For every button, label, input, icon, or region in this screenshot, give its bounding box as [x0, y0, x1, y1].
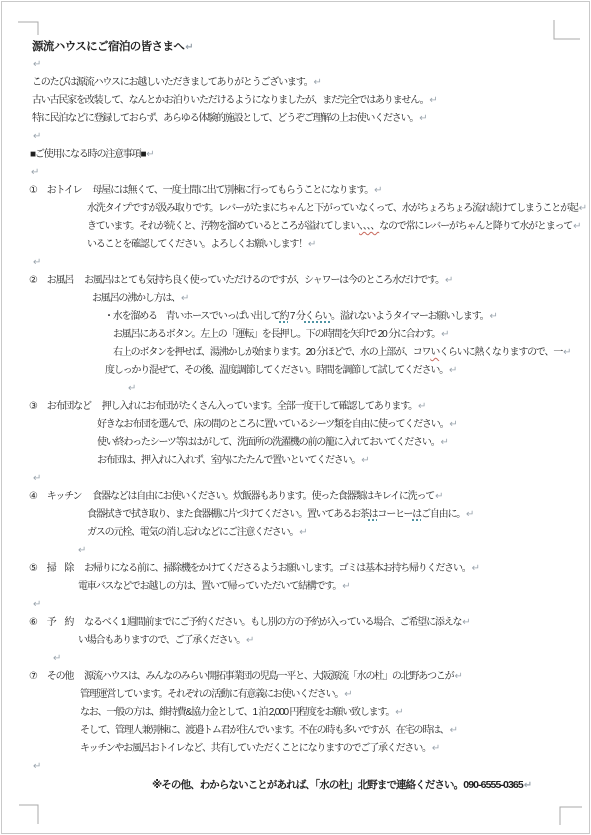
- document-line: いることを確認してください。よろしくお願いします！↵: [87, 236, 315, 254]
- text-run: お布団は、押入れに入れず、室内にたたんで置いといてください。: [97, 455, 360, 466]
- paragraph-mark-icon: ↵: [563, 347, 570, 358]
- document-line: 食器拭きで拭き取り、また食器棚に片づけてください。置いてあるお茶はコーヒーはご自…: [87, 506, 473, 524]
- text-run: なるべく 1 週間前までにご予約ください。もし別の方の予約が入っている場合、ご希…: [84, 617, 461, 628]
- text-run: 右上のボタンを押せば、湯沸かしが始まります。20 分ほどで、水の上部が、コワ: [113, 347, 430, 358]
- text-run: 源流ハウスは、みんなのみらい開拓事業団の児島一平と、大阪源流「水の杜」の北野あつ…: [84, 671, 453, 682]
- paragraph-mark-icon: ↵: [314, 77, 321, 88]
- paragraph-mark-icon: ↵: [418, 401, 425, 412]
- paragraph-mark-icon: ↵: [128, 383, 135, 394]
- text-run: 源流ハウスにご宿泊の皆さまへ: [32, 41, 184, 53]
- text-run: きています。それが続くと、汚物を溜めているところが溢れてしまい: [87, 221, 359, 232]
- text-run: ※その他、わからないことがあれば、「水の杜」北野まで連絡ください。: [152, 779, 463, 791]
- document-line: 水洗タイプですが汲み取りです。レバーがたまにちゃんと下がっていなくって、水がちょ…: [87, 200, 586, 218]
- section-bath: ②お風呂お風呂はとても気持ち良く使っていただけるのですが、シャワーは今のところ水…: [29, 272, 452, 290]
- footer-contact: ※その他、わからないことがあれば、「水の杜」北野まで連絡ください。090-655…: [152, 776, 531, 794]
- document-line: このたびは源流ハウスにお越しいただきましてありがとうございます。↵: [32, 74, 321, 92]
- text-run: 度しっかり混ぜて、その後、温度調節してください。時間を調節して試してください。: [105, 365, 448, 376]
- text-run: お風呂はとても気持ち良く使っていただけるのですが、シャワーは今のところ水だけです…: [84, 275, 444, 286]
- document-line: きています。それが続くと、汚物を溜めているところが溢れてしまい、、、、なので常に…: [87, 218, 580, 236]
- text-run: 電車バスなどでお越しの方は、置いて帰っていただいて結構です。: [78, 581, 341, 592]
- document-line: 好きなお布団を選んで、床の間のところに置いているシーツ類を自由に使ってください。…: [97, 416, 457, 434]
- text-run: お帰りになる前に、掃除機をかけてくださるようお願いします。ゴミは基本お持ち帰りく…: [84, 563, 470, 574]
- document-line: 右上のボタンを押せば、湯沸かしが始まります。20 分ほどで、水の上部が、コワいく…: [113, 344, 570, 362]
- grammar-flagged-text: は: [412, 509, 421, 520]
- paragraph-mark-icon: ↵: [181, 293, 188, 304]
- document-line: お布団は、押入れに入れず、室内にたたんで置いといてください。↵: [97, 452, 368, 470]
- paragraph-mark-icon: ↵: [429, 95, 436, 106]
- text-run: 食器拭きで拭き取り、また食器棚に片づけてください。置いてあるお茶: [87, 509, 369, 520]
- text-run: ・水を溜める 青いホースでいっぱい出して: [104, 311, 280, 322]
- paragraph-mark-icon: ↵: [579, 203, 586, 214]
- document-lines: 源流ハウスにご宿泊の皆さまへ↵↵このたびは源流ハウスにお越しいただきましてありが…: [2, 2, 590, 834]
- empty-line: ↵: [32, 596, 40, 614]
- text-run: 押し入れにお布団がたくさん入っています。全部一度干して確認してあります。: [102, 401, 417, 412]
- paragraph-mark-icon: ↵: [432, 743, 439, 754]
- paragraph-mark-icon: ↵: [185, 42, 193, 53]
- spellcheck-flagged-text: い: [430, 347, 439, 358]
- section-other: ⑦その他源流ハウスは、みんなのみらい開拓事業団の児島一平と、大阪源流「水の杜」の…: [29, 668, 462, 686]
- section-number: ⑤: [29, 563, 37, 574]
- paragraph-mark-icon: ↵: [344, 689, 351, 700]
- empty-line: ↵: [52, 650, 60, 668]
- paragraph-mark-icon: ↵: [449, 419, 456, 430]
- text-run: 管理運営しています。それぞれの活動に有意義にお使いください。: [80, 689, 343, 700]
- paragraph-mark-icon: ↵: [33, 131, 40, 142]
- document-window: { "page": { "background": "#ffffff", "bo…: [0, 0, 591, 835]
- document-page: 源流ハウスにご宿泊の皆さまへ↵↵このたびは源流ハウスにお越しいただきましてありが…: [1, 1, 590, 834]
- empty-line: ↵: [127, 380, 135, 398]
- paragraph-mark-icon: ↵: [33, 761, 40, 772]
- document-line: お風呂にあるボタン。左上の「運転」を長押し。下の時間を矢印で 20 分に合わす。…: [113, 326, 448, 344]
- text-run: 好きなお布団を選んで、床の間のところに置いているシーツ類を自由に使ってください。: [97, 419, 448, 430]
- section-heading: ■ご使用になる時の注意事項■↵: [30, 146, 153, 164]
- empty-line: ↵: [32, 758, 40, 776]
- section-futon: ③お布団など押し入れにお布団がたくさん入っています。全部一度干して確認してありま…: [29, 398, 425, 416]
- document-line: 使い終わったシーツ等ははがして、洗面所の洗濯機の前の籠に入れておいてください。↵: [97, 434, 448, 452]
- text-run: 母屋には無くて、一度土間に出て別棟に行ってもらうことになります。: [92, 185, 373, 196]
- paragraph-mark-icon: ↵: [441, 329, 448, 340]
- section-label: その他: [47, 671, 73, 682]
- text-run: 水洗タイプですが汲み取りです。レバーがたまにちゃんと下がっていなくって、水がちょ…: [87, 203, 578, 214]
- paragraph-mark-icon: ↵: [462, 617, 469, 628]
- grammar-flagged-text: 約: [280, 311, 289, 322]
- section-reservation: ⑥予 約なるべく 1 週間前までにご予約ください。もし別の方の予約が入っている場…: [29, 614, 469, 632]
- paragraph-mark-icon: ↵: [53, 653, 60, 664]
- text-run: お風呂にあるボタン。左上の「運転」を長押し。下の時間を矢印で 20 分に合わす。: [113, 329, 440, 340]
- section-number: ⑥: [29, 617, 37, 628]
- document-line: 度しっかり混ぜて、その後、温度調節してください。時間を調節して試してください。↵: [105, 362, 456, 380]
- paragraph-mark-icon: ↵: [374, 185, 381, 196]
- section-label: 予 約: [47, 617, 73, 628]
- text-run: い場合もありますので、ご了承ください。: [78, 635, 245, 646]
- text-run: ご自由に。: [421, 509, 465, 520]
- empty-line: ↵: [77, 542, 85, 560]
- document-line: ガスの元栓、電気の消し忘れなどにご注意ください。↵: [87, 524, 306, 542]
- paragraph-mark-icon: ↵: [445, 275, 452, 286]
- section-label: お風呂: [47, 275, 73, 286]
- document-line: キッチンやお風呂おトイレなど、共有していただくことになりますのでご了承ください。…: [80, 740, 439, 758]
- spellcheck-flagged-text: 、、、、: [359, 221, 379, 232]
- text-run: なので常にレバーがちゃんと降りて水がとまって: [379, 221, 572, 232]
- paragraph-mark-icon: ↵: [308, 239, 315, 250]
- section-cleaning: ⑤掃 除お帰りになる前に、掃除機をかけてくださるようお願いします。ゴミは基本お持…: [29, 560, 479, 578]
- section-number: ①: [29, 185, 37, 196]
- section-label: 掃 除: [47, 563, 73, 574]
- text-run: なお、一般の方は、維持費&協力金として、1 泊 2,000 円程度をお願い致しま…: [80, 707, 394, 718]
- paragraph-mark-icon: ↵: [31, 167, 38, 178]
- document-line: そして、管理人兼別棟に、渡邉トム君が住んでいます。不在の時も多いですが、在宅の時…: [80, 722, 457, 740]
- document-line: 特に民泊などに登録しておらず、あらゆる体験的施設として、どうぞご理解の上お使いく…: [32, 110, 426, 128]
- document-line: 電車バスなどでお越しの方は、置いて帰っていただいて結構です。↵: [78, 578, 349, 596]
- section-number: ④: [29, 491, 37, 502]
- phone-number: 090-6555-0365: [463, 779, 523, 791]
- section-number: ②: [29, 275, 37, 286]
- paragraph-mark-icon: ↵: [435, 491, 442, 502]
- document-line: ・水を溜める 青いホースでいっぱい出して約 7 分くらい。溢れないようタイマーお…: [104, 308, 497, 326]
- text-run: コーヒー: [377, 509, 412, 520]
- text-run: キッチンやお風呂おトイレなど、共有していただくことになりますのでご了承ください。: [80, 743, 431, 754]
- text-run: くらいに熱くなりますので、一: [439, 347, 562, 358]
- paragraph-mark-icon: ↵: [450, 725, 457, 736]
- paragraph-mark-icon: ↵: [524, 780, 531, 791]
- empty-line: ↵: [32, 128, 40, 146]
- text-run: 特に民泊などに登録しておらず、あらゆる体験的施設として、どうぞご理解の上お使いく…: [32, 113, 418, 124]
- text-run: お風呂の沸かし方は、: [92, 293, 180, 304]
- document-line: い場合もありますので、ご了承ください。↵: [78, 632, 253, 650]
- empty-line: ↵: [32, 470, 40, 488]
- text-run: このたびは源流ハウスにお越しいただきましてありがとうございます。: [32, 77, 313, 88]
- paragraph-mark-icon: ↵: [449, 365, 456, 376]
- section-label: お布団など: [47, 401, 91, 412]
- paragraph-mark-icon: ↵: [33, 257, 40, 268]
- paragraph-mark-icon: ↵: [33, 473, 40, 484]
- text-run: ガスの元栓、電気の消し忘れなどにご注意ください。: [87, 527, 298, 538]
- section-number: ③: [29, 401, 37, 412]
- document-title: 源流ハウスにご宿泊の皆さまへ↵: [32, 38, 193, 56]
- paragraph-mark-icon: ↵: [299, 527, 306, 538]
- text-run: 食器などは自由にお使いください。炊飯器もあります。使った食器類はキレイに洗って: [92, 491, 434, 502]
- section-number: ⑦: [29, 671, 37, 682]
- paragraph-mark-icon: ↵: [419, 113, 426, 124]
- paragraph-mark-icon: ↵: [342, 581, 349, 592]
- paragraph-mark-icon: ↵: [472, 563, 479, 574]
- text-run: 古い古民家を改装して、なんとかお泊りいただけるようになりましたが、まだ完全ではあ…: [32, 95, 428, 106]
- text-run: そして、管理人兼別棟に、渡邉トム君が住んでいます。不在の時も多いですが、在宅の時…: [80, 725, 449, 736]
- document-line: 古い古民家を改装して、なんとかお泊りいただけるようになりましたが、まだ完全ではあ…: [32, 92, 437, 110]
- text-run: ■ご使用になる時の注意事項■: [30, 149, 145, 160]
- paragraph-mark-icon: ↵: [489, 311, 496, 322]
- empty-line: ↵: [30, 164, 38, 182]
- section-label: キッチン: [47, 491, 82, 502]
- paragraph-mark-icon: ↵: [146, 149, 153, 160]
- paragraph-mark-icon: ↵: [395, 707, 402, 718]
- paragraph-mark-icon: ↵: [454, 671, 461, 682]
- section-kitchen: ④キッチン食器などは自由にお使いください。炊飯器もあります。使った食器類はキレイ…: [29, 488, 442, 506]
- text-run: いることを確認してください。よろしくお願いします！: [87, 239, 307, 250]
- empty-line: ↵: [32, 56, 40, 74]
- document-line: なお、一般の方は、維持費&協力金として、1 泊 2,000 円程度をお願い致しま…: [80, 704, 402, 722]
- paragraph-mark-icon: ↵: [441, 437, 448, 448]
- paragraph-mark-icon: ↵: [466, 509, 473, 520]
- document-line: お風呂の沸かし方は、↵: [92, 290, 188, 308]
- text-run: 7 分: [288, 311, 304, 322]
- document-line: 管理運営しています。それぞれの活動に有意義にお使いください。↵: [80, 686, 351, 704]
- paragraph-mark-icon: ↵: [246, 635, 253, 646]
- paragraph-mark-icon: ↵: [573, 221, 580, 232]
- section-toilet: ①おトイレ母屋には無くて、一度土間に出て別棟に行ってもらうことになります。↵: [29, 182, 381, 200]
- text-run: 使い終わったシーツ等ははがして、洗面所の洗濯機の前の籠に入れておいてください。: [97, 437, 440, 448]
- empty-line: ↵: [32, 254, 40, 272]
- grammar-flagged-text: くらい: [305, 311, 331, 322]
- paragraph-mark-icon: ↵: [33, 59, 40, 70]
- text-run: 。溢れないようタイマーお願いします。: [331, 311, 488, 322]
- paragraph-mark-icon: ↵: [33, 599, 40, 610]
- section-label: おトイレ: [47, 185, 82, 196]
- paragraph-mark-icon: ↵: [78, 545, 85, 556]
- paragraph-mark-icon: ↵: [361, 455, 368, 466]
